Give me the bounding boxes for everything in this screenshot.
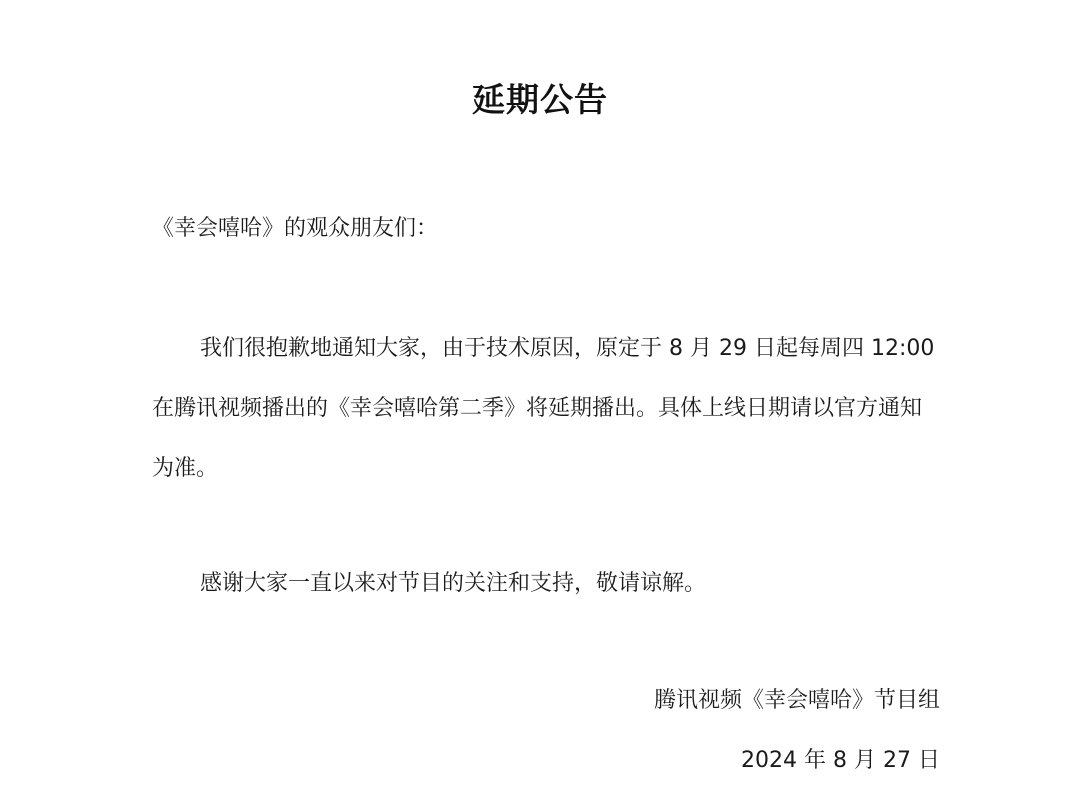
notice-date: 2024 年 8 月 27 日 [741,746,940,776]
salutation: 《幸会嘻哈》的观众朋友们： [152,214,438,244]
thanks-paragraph: 感谢大家一直以来对节目的关注和支持，敬请谅解。 [200,569,706,599]
body-line-3: 为准。 [152,454,218,484]
signature: 腾讯视频《幸会嘻哈》节目组 [654,686,940,716]
body-line-1: 我们很抱歉地通知大家，由于技术原因，原定于 8 月 29 日起每周四 12:00 [200,334,934,364]
notice-title: 延期公告 [0,74,1080,121]
body-line-2: 在腾讯视频播出的《幸会嘻哈第二季》将延期播出。具体上线日期请以官方通知 [152,394,922,424]
